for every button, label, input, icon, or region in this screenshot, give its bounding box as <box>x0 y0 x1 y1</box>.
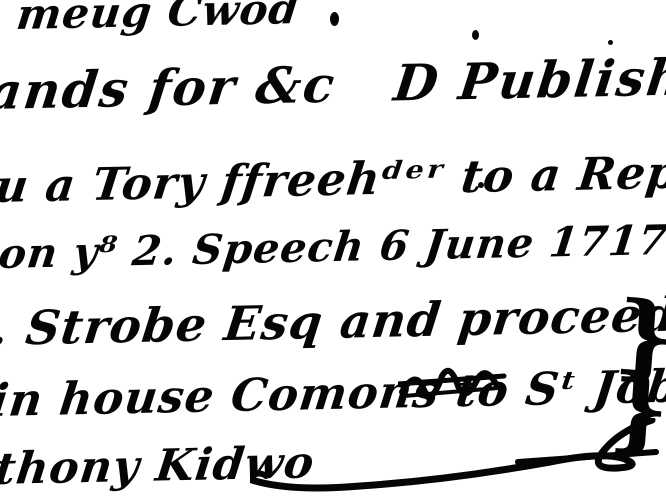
manuscript-line-1: meug Cwod <box>14 0 302 39</box>
ink-speck <box>330 12 339 26</box>
manuscript-line-5: . Strobe Esq and proceeding / <box>0 285 666 357</box>
manuscript-line-6: in house Comons to Sᵗ Jobys <box>0 359 666 427</box>
ink-speck <box>472 30 479 40</box>
pen-flourish <box>250 418 666 500</box>
ink-speck <box>608 40 613 45</box>
manuscript-line-3: u a Tory ffreehᵈᵉʳ to a Replont, <box>0 143 666 213</box>
manuscript-page: meug Cwod ands for &c D Publish agᵗᵗ — u… <box>0 0 666 501</box>
crossed-out-word <box>398 362 508 406</box>
ink-speck <box>478 182 484 188</box>
manuscript-line-2: ands for &c D Publish agᵗᵗ — <box>0 43 666 121</box>
ink-speck <box>600 226 605 234</box>
manuscript-line-4: on y⁸ 2. Speech 6 June 1717 <box>0 216 666 278</box>
